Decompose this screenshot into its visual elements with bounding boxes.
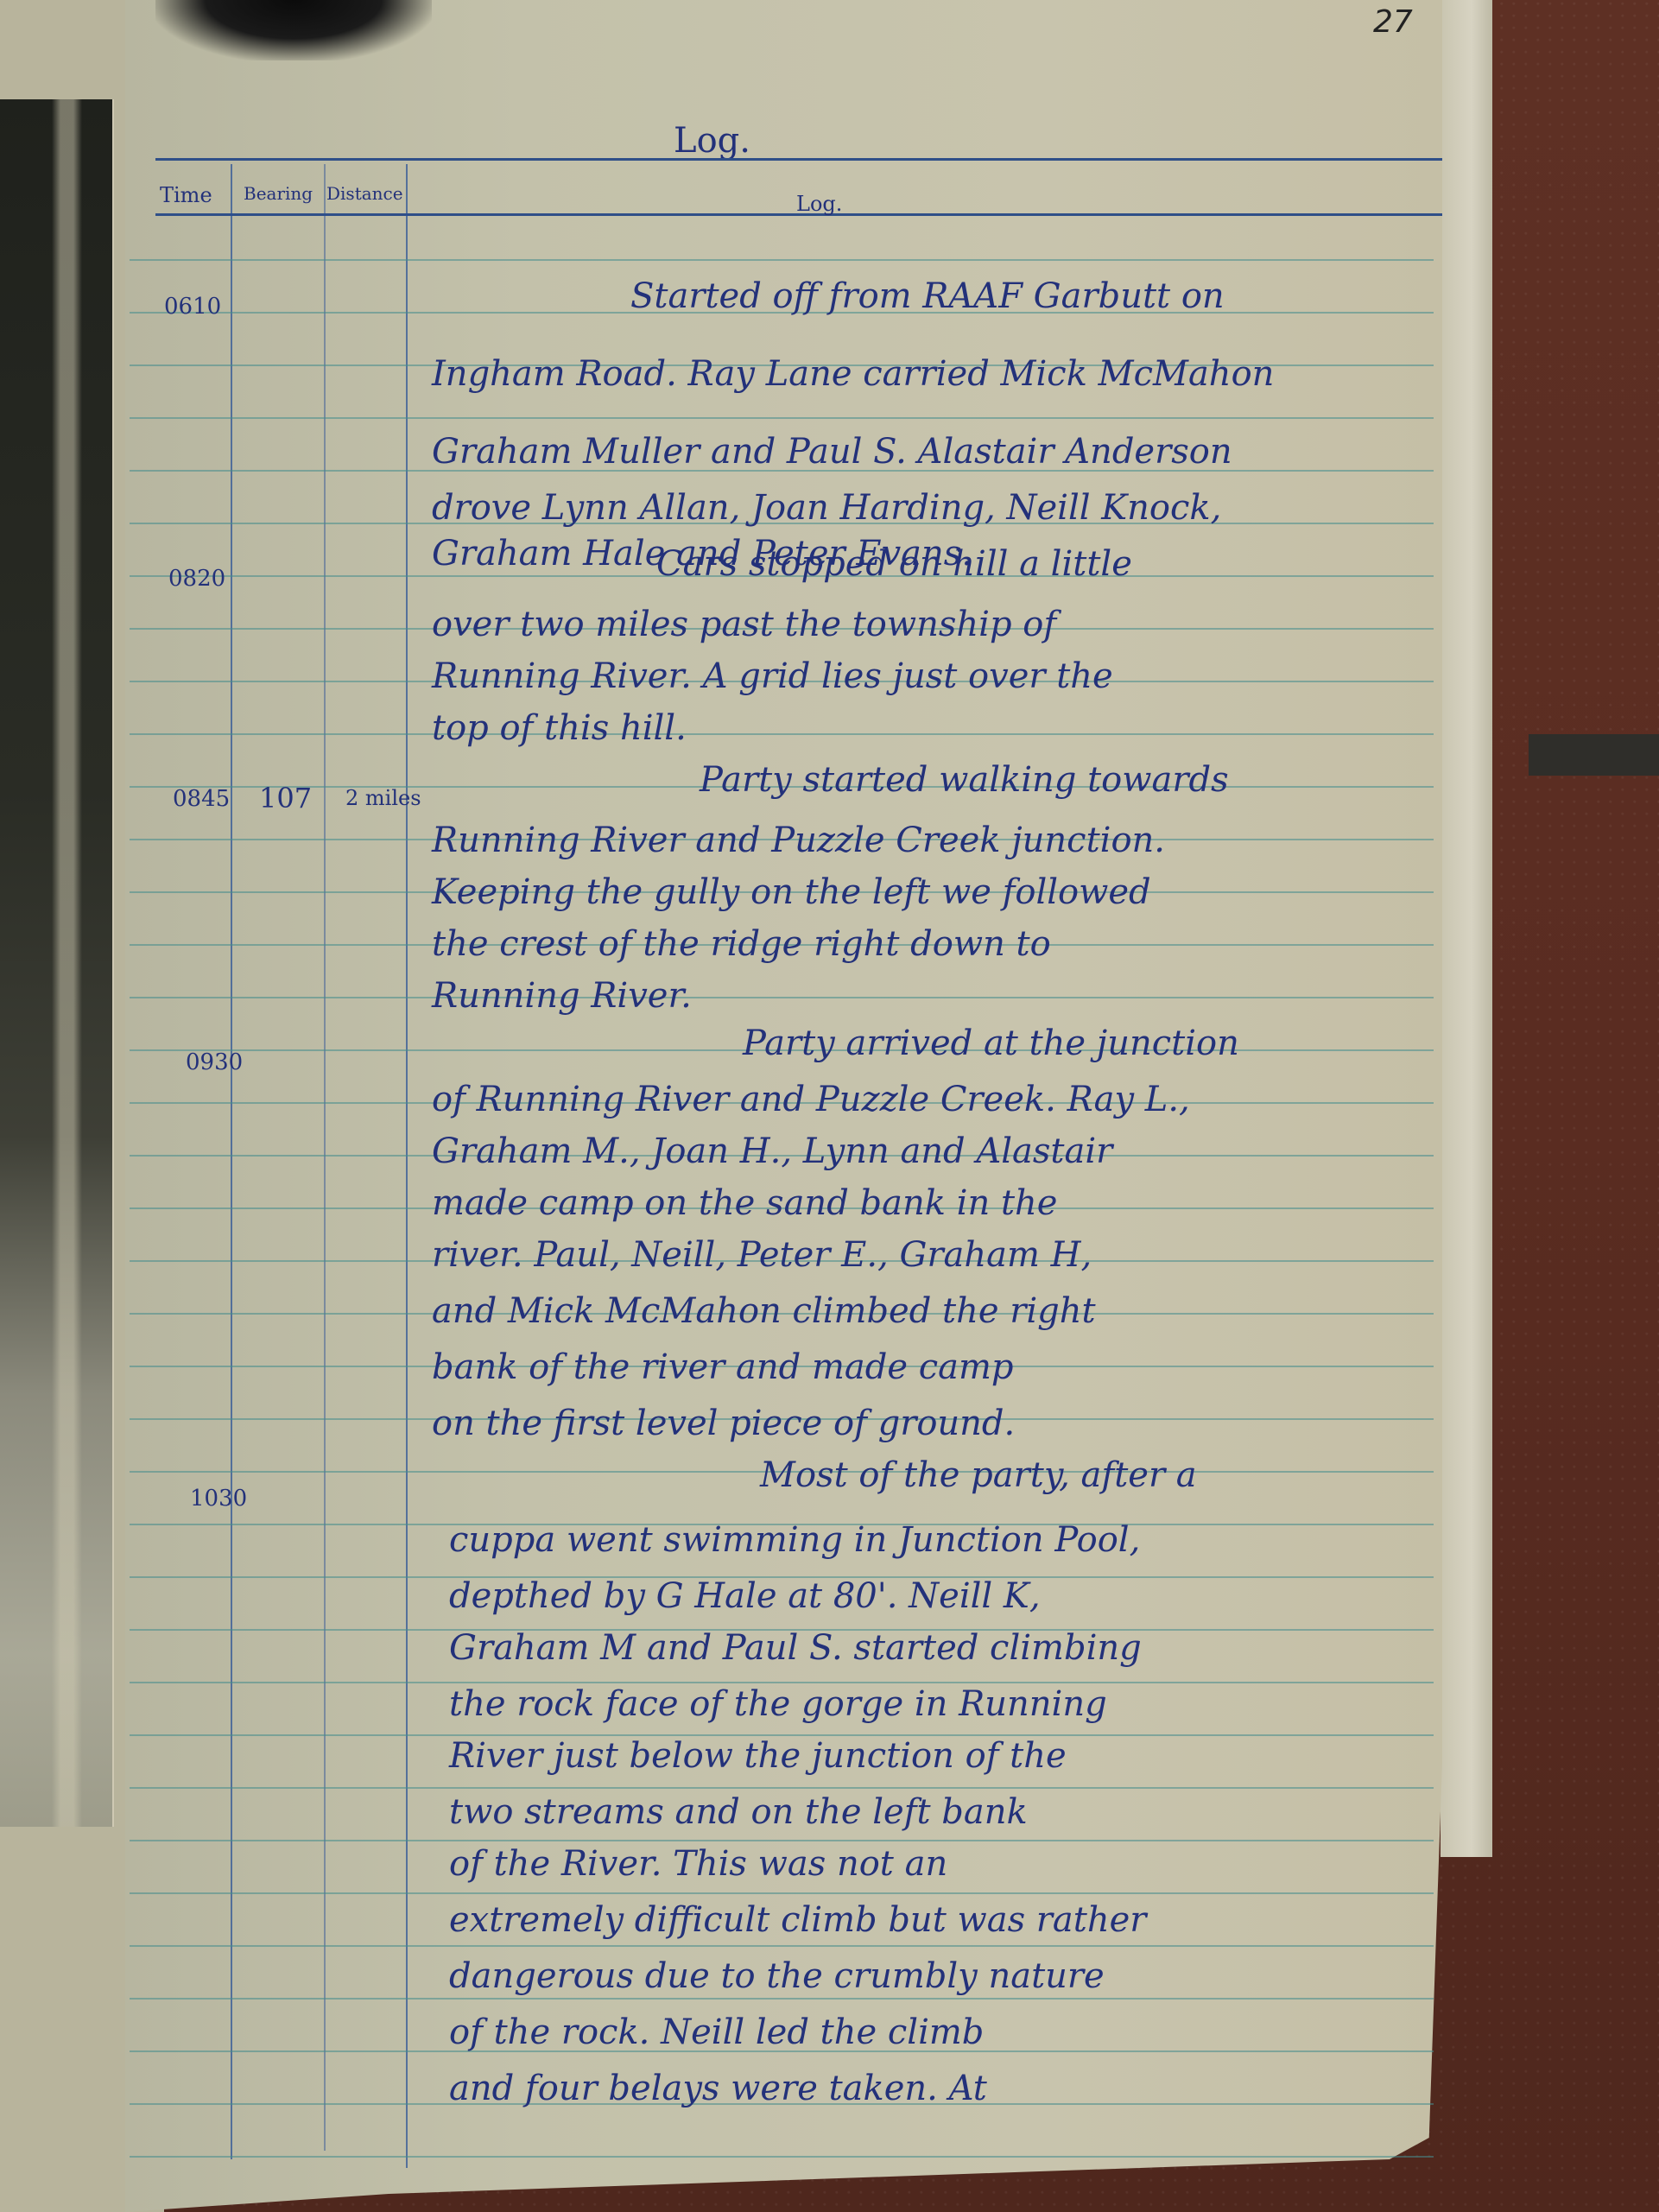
page-stack-edge	[1441, 0, 1492, 1857]
page-number: 27	[1373, 4, 1413, 40]
tile-grout	[1529, 734, 1659, 776]
log-line: drove Lynn Allan, Joan Harding, Neill Kn…	[432, 488, 1221, 528]
page-title: Log.	[674, 121, 750, 161]
ruled-line	[130, 259, 1434, 261]
log-line: cuppa went swimming in Junction Pool,	[449, 1520, 1140, 1560]
log-line: the crest of the ridge right down to	[432, 924, 1051, 964]
entry-time: 0820	[168, 566, 225, 592]
log-line: Most of the party, after a	[760, 1455, 1197, 1495]
column-divider-distance	[406, 164, 408, 2168]
log-line: of Running River and Puzzle Creek. Ray L…	[432, 1080, 1190, 1119]
ruled-line	[130, 1998, 1434, 2000]
ruled-line	[130, 1892, 1434, 1894]
log-line: Party started walking towards	[700, 760, 1229, 800]
header-bearing: Bearing	[244, 183, 313, 204]
log-line: Keeping the gully on the left we followe…	[432, 872, 1151, 912]
log-line: dangerous due to the crumbly nature	[449, 1956, 1105, 1996]
log-line: made camp on the sand bank in the	[432, 1183, 1057, 1223]
forest-photograph	[0, 99, 114, 1827]
column-divider-bearing	[324, 164, 326, 2151]
log-line: depthed by G Hale at 80'. Neill K,	[449, 1576, 1041, 1616]
log-line: Running River and Puzzle Creek junction.	[432, 821, 1165, 860]
shadow	[155, 0, 432, 60]
header-top-rule	[155, 158, 1442, 161]
entry-bearing: 107	[259, 782, 312, 814]
log-line: Graham M., Joan H., Lynn and Alastair	[432, 1131, 1112, 1171]
log-line: Party arrived at the junction	[743, 1024, 1239, 1063]
log-line: of the River. This was not an	[449, 1844, 947, 1884]
log-line: Running River.	[432, 976, 692, 1016]
entry-time: 0930	[186, 1049, 243, 1075]
ruled-line	[130, 1945, 1434, 1947]
header-distance: Distance	[326, 183, 403, 204]
ruled-line	[130, 2156, 1434, 2158]
column-divider-time	[231, 164, 232, 2159]
header-log: Log.	[796, 192, 842, 216]
log-line: over two miles past the township of	[432, 605, 1056, 644]
log-line: top of this hill.	[432, 708, 687, 748]
log-line: River just below the junction of the	[449, 1736, 1067, 1776]
entry-distance: 2 miles	[345, 786, 421, 810]
log-line: and four belays were taken. At	[449, 2069, 987, 2108]
ruled-line	[130, 1840, 1434, 1841]
ruled-line	[130, 1787, 1434, 1789]
log-line: the rock face of the gorge in Running	[449, 1684, 1107, 1724]
ruled-line	[130, 1682, 1434, 1683]
log-line: river. Paul, Neill, Peter E., Graham H,	[432, 1235, 1092, 1275]
ruled-line	[130, 997, 1434, 998]
log-line: Running River. A grid lies just over the	[432, 656, 1113, 696]
log-line: Cars stopped on hill a little	[656, 544, 1132, 584]
header-time: Time	[160, 183, 212, 207]
entry-time: 0610	[164, 294, 221, 320]
log-line: Graham Muller and Paul S. Alastair Ander…	[432, 432, 1232, 472]
log-line: Ingham Road. Ray Lane carried Mick McMah…	[432, 354, 1274, 394]
log-line: two streams and on the left bank	[449, 1792, 1028, 1832]
log-line: bank of the river and made camp	[432, 1347, 1014, 1387]
entry-time: 0845	[173, 786, 230, 812]
log-line: of the rock. Neill led the climb	[449, 2012, 984, 2052]
entry-time: 1030	[190, 1486, 247, 1512]
log-line: and Mick McMahon climbed the right	[432, 1291, 1096, 1331]
log-line: Graham M and Paul S. started climbing	[449, 1628, 1142, 1668]
log-line: on the first level piece of ground.	[432, 1404, 1015, 1443]
log-line: extremely difficult climb but was rather	[449, 1900, 1146, 1940]
ruled-line	[130, 733, 1434, 735]
log-line: Started off from RAAF Garbutt on	[630, 276, 1225, 316]
ruled-line	[130, 417, 1434, 419]
